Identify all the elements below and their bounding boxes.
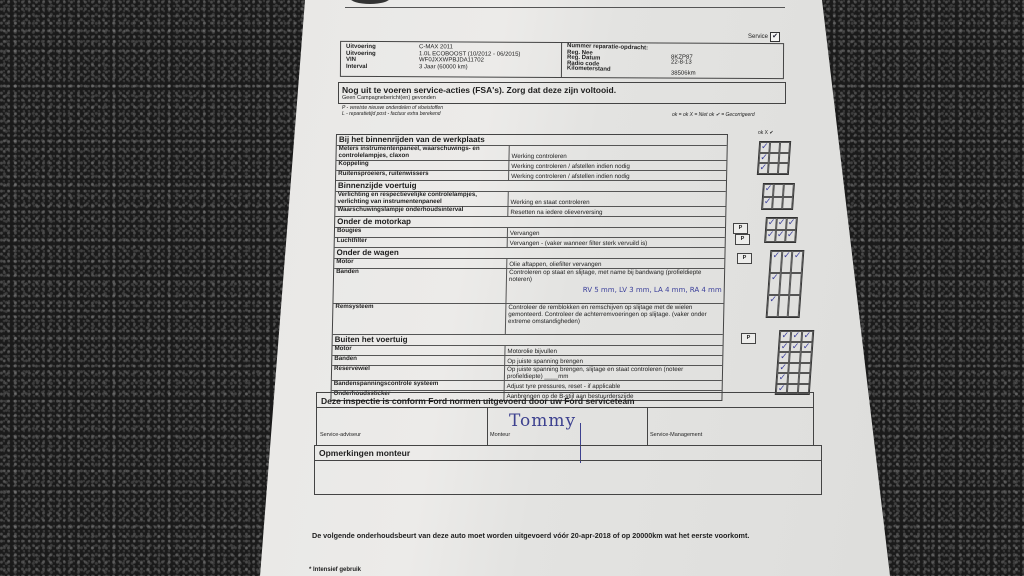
checklist-action: Op juiste spanning brengen, slijtage en … [505,366,722,380]
checklist-action: Vervangen [508,228,725,237]
check-cell[interactable]: ✓ [777,373,789,384]
checklist-item: Remsysteem [333,304,507,334]
check-grid: ✓✓✓✓✓✓✓✓✓✓ [775,330,815,395]
checklist-action: Werking controleren / afstellen indien n… [509,171,726,180]
checklist-action: Werking controleren / afstellen indien n… [509,161,726,170]
service-advisor-label: Service-adviseur [320,432,361,438]
checklist-item: Bandenspanningscontrole systeem [332,381,505,390]
tread-depths: RV 5 mm, LV 3 mm, LA 4 mm, RA 4 mm [583,287,722,294]
checklist-row: Ruitensproeiers, ruitenwissersWerking co… [336,171,726,181]
checklist-action: Controleren op staat en slijtage, met na… [506,269,724,303]
legend-l: L - reparatietijd post - factuur extra b… [342,111,443,117]
info-value: 3 Jaar (60000 km) [419,64,468,71]
checklist-action: Controleer de remblokken en remschijven … [506,304,724,334]
check-cell[interactable]: ✓ [801,331,813,342]
info-label: Interval [346,64,367,71]
checklist-row: LuchtfilterVervangen - (vaker wanneer fi… [335,238,725,248]
section-header: Onder de wagen [334,248,724,259]
management-cell[interactable]: Service-Management [647,407,813,446]
info-label: Kilometerstand [567,66,611,74]
checklist-item: Waarschuwingslampje onderhoudsinterval [335,207,508,216]
checklist-action: Olie aftappen, oliefilter vervangen [507,259,724,268]
section-header: Onder de motorkap [335,217,725,228]
info-value: 38506km [671,71,696,78]
vehicle-info-box: UitvoeringC-MAX 2011Uitvoering1.0L ECOBO… [340,41,784,79]
action-text: Op juiste spanning brengen [507,358,720,365]
fsa-subtitle: Geen Campagnebericht(en) gevonden [342,95,436,101]
inspection-title: Deze inspectie is conform Ford normen ui… [321,396,635,406]
action-text: Werking controleren / afstellen indien n… [511,173,724,180]
checklist-row: ReservewielOp juiste spanning brengen, s… [332,366,722,381]
footnote: * Intensief gebruik [309,567,361,573]
action-text: Vervangen [510,230,723,237]
check-grid: ✓✓ [761,183,795,210]
checklist-row: RemsysteemControleer de remblokken en re… [333,304,724,335]
action-text: Werking controleren / afstellen indien n… [511,163,724,170]
info-value: 22-8-13 [671,60,692,67]
part-required-flag: P [735,234,750,245]
service-advisor-cell[interactable]: Service-adviseur [317,407,488,446]
legend-status: ok = ok X = Niet ok ✔ = Gecorrigeerd [672,112,755,118]
check-cell[interactable]: ✓ [777,363,789,374]
fsa-box: Nog uit te voeren service-acties (FSA's)… [338,82,786,104]
service-label: Service [748,34,768,40]
check-cell[interactable] [789,352,801,363]
legend-codes: P - vereiste nieuwe onderdelen of vloeis… [342,105,443,117]
action-text: Adjust tyre pressures, reset - if applic… [507,383,720,390]
action-text: Vervangen - (vaker wanneer filter sterk … [510,240,723,247]
checklist-item: Meters instrumentenpaneel, waarschuwings… [336,146,509,160]
mechanic-label: Monteur [490,432,510,438]
checklist-item: Banden [333,269,507,303]
check-cell[interactable]: ✓ [790,331,802,342]
service-checkbox[interactable]: ✔ [770,32,780,42]
mechanic-signature: Tommy [509,411,576,431]
checklist-row: MotorOlie aftappen, oliefilter vervangen [334,259,724,269]
section-header: Buiten het voertuig [333,335,723,346]
inspection-checklist: Bij het binnenrijden van de werkplaatsMe… [330,134,728,401]
checklist-item: Verlichting en respectievelijke controle… [335,192,508,206]
check-cell[interactable] [799,373,811,384]
checklist-action: Motorolie bijvullen [505,346,722,355]
checklist-action: Werking en staat controleren [508,192,725,206]
remarks-rule [315,460,821,461]
action-text: Controleren op staat en slijtage, met na… [509,269,722,283]
check-cell[interactable]: ✓ [801,342,813,353]
check-cell[interactable]: ✓ [779,342,791,353]
check-cell[interactable]: ✓ [778,352,790,363]
checklist-action: Adjust tyre pressures, reset - if applic… [505,381,722,390]
checklist-item: Banden [332,356,505,365]
checklist-row: BougiesVervangen [335,228,725,238]
check-cell[interactable] [800,352,812,363]
action-text: Motorolie bijvullen [507,348,720,355]
check-cell[interactable] [779,142,790,153]
check-cell[interactable] [788,295,800,317]
action-text: Werking controleren [511,153,724,160]
check-cell[interactable]: ✓ [791,251,803,273]
info-label: Uitvoering [346,50,376,57]
info-value: C-MAX 2011 [419,44,453,51]
check-cell[interactable] [778,163,789,174]
checklist-row: MotorMotorolie bijvullen [332,346,722,356]
check-cell[interactable] [799,363,811,374]
checklist-action: Werking controleren [509,146,726,160]
checklist-row: Verlichting en respectievelijke controle… [335,192,725,207]
info-divider [561,43,562,77]
inspection-signoff-box: Deze inspectie is conform Ford normen ui… [316,392,814,446]
check-cell[interactable] [790,273,802,295]
checklist-row: Waarschuwingslampje onderhoudsintervalRe… [335,207,725,217]
ford-logo [350,0,390,4]
checklist-item: Motor [334,259,507,268]
check-cell[interactable]: ✓ [790,342,802,353]
check-cell[interactable] [788,373,800,384]
check-grid: ✓✓✓✓✓✓ [764,217,798,243]
checklist-item: Motor [332,346,505,355]
check-column-headers: ok X ✔ [758,130,774,136]
check-cell[interactable] [783,184,794,197]
check-cell[interactable] [788,363,800,374]
remarks-title: Opmerkingen monteur [319,448,410,458]
checklist-item: Reservewiel [332,366,505,380]
action-text: Op juiste spanning brengen, slijtage en … [507,366,720,380]
checklist-row: Meters instrumentenpaneel, waarschuwings… [336,146,726,161]
checklist-item: Ruitensproeiers, ruitenwissers [336,171,509,180]
checklist-item: Luchtfilter [335,238,508,247]
action-text: Werking en staat controleren [510,199,723,206]
checklist-item: Koppeling [336,161,509,170]
check-grid: ✓✓✓ [757,141,791,175]
action-text: Resetten na iedere olieverversing [510,209,723,216]
fsa-title: Nog uit te voeren service-acties (FSA's)… [342,85,616,95]
part-required-flag: P [741,333,756,344]
check-cell[interactable] [779,153,790,164]
header-rule [345,7,785,8]
action-text: Olie aftappen, oliefilter vervangen [509,261,722,268]
checklist-row: BandenOp juiste spanning brengen [332,356,722,366]
part-required-flag: P [737,253,752,264]
check-grid: ✓✓✓✓✓ [766,250,805,318]
check-cell[interactable]: ✓ [786,218,797,230]
check-cell[interactable] [782,197,793,210]
checklist-action: Vervangen - (vaker wanneer filter sterk … [508,238,725,247]
next-service-notice: De volgende onderhoudsbeurt van deze aut… [312,531,749,540]
check-cell[interactable]: ✓ [785,230,796,242]
action-text: Controleer de remblokken en remschijven … [508,304,721,325]
management-label: Service-Management [650,432,702,438]
checklist-item: Bougies [335,228,508,237]
checklist-action: Resetten na iedere olieverversing [508,207,725,216]
checklist-action: Op juiste spanning brengen [505,356,722,365]
mechanic-remarks-box[interactable]: Opmerkingen monteur [314,445,822,495]
info-label: VIN [346,57,356,63]
service-checkbox-group: Service ✔ [748,32,780,42]
part-required-flag: P [733,223,748,234]
checklist-row: BandenControleren op staat en slijtage, … [333,269,724,304]
info-label: Uitvoering [346,44,376,51]
service-report: Service ✔ UitvoeringC-MAX 2011Uitvoering… [0,0,1024,576]
check-cell[interactable]: ✓ [779,331,791,342]
